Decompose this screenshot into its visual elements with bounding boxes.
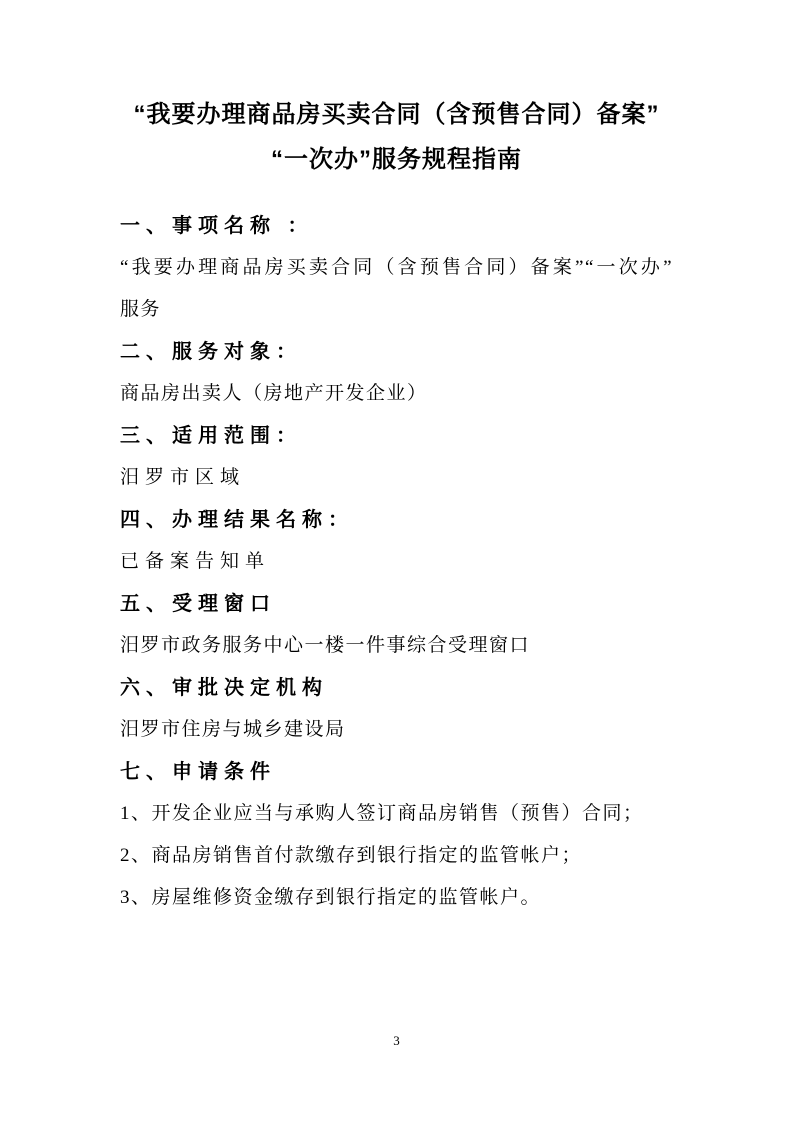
section-paragraph: 服务	[120, 289, 673, 331]
section-heading: 五、受理窗口	[120, 583, 673, 625]
section-heading: 六、审批决定机构	[120, 667, 673, 709]
document-body: 一、事项名称 ： “我要办理商品房买卖合同（含预售合同）备案”“一次办” 服务 …	[120, 205, 673, 919]
section-applicable-scope: 三、适用范围： 汨罗市区域	[120, 415, 673, 499]
document-title-line-1: “我要办理商品房买卖合同（含预售合同）备案”	[60, 92, 733, 137]
section-approval-authority: 六、审批决定机构 汨罗市住房与城乡建设局	[120, 667, 673, 751]
section-heading: 三、适用范围：	[120, 415, 673, 457]
document-page: “我要办理商品房买卖合同（含预售合同）备案” “一次办”服务规程指南 一、事项名…	[0, 0, 793, 1122]
document-title: “我要办理商品房买卖合同（含预售合同）备案” “一次办”服务规程指南	[0, 92, 793, 182]
section-item-name: 一、事项名称 ： “我要办理商品房买卖合同（含预售合同）备案”“一次办” 服务	[120, 205, 673, 331]
section-acceptance-window: 五、受理窗口 汨罗市政务服务中心一楼一件事综合受理窗口	[120, 583, 673, 667]
section-paragraph: 1、开发企业应当与承购人签订商品房销售（预售）合同；	[120, 793, 673, 835]
section-application-conditions: 七、申请条件 1、开发企业应当与承购人签订商品房销售（预售）合同； 2、商品房销…	[120, 751, 673, 919]
section-paragraph: 汨罗市区域	[120, 457, 673, 499]
section-heading: 四、办理结果名称：	[120, 499, 673, 541]
section-paragraph: 商品房出卖人（房地产开发企业）	[120, 373, 673, 415]
section-paragraph: 3、房屋维修资金缴存到银行指定的监管帐户。	[120, 877, 673, 919]
section-paragraph: 已备案告知单	[120, 541, 673, 583]
section-paragraph: 2、商品房销售首付款缴存到银行指定的监管帐户；	[120, 835, 673, 877]
section-heading: 二、服务对象：	[120, 331, 673, 373]
section-result-name: 四、办理结果名称： 已备案告知单	[120, 499, 673, 583]
document-title-line-2: “一次办”服务规程指南	[60, 137, 733, 182]
section-paragraph: 汨罗市住房与城乡建设局	[120, 709, 673, 751]
section-paragraph: “我要办理商品房买卖合同（含预售合同）备案”“一次办”	[120, 247, 673, 289]
page-number: 3	[0, 1033, 793, 1049]
section-service-target: 二、服务对象： 商品房出卖人（房地产开发企业）	[120, 331, 673, 415]
section-paragraph: 汨罗市政务服务中心一楼一件事综合受理窗口	[120, 625, 673, 667]
section-heading: 七、申请条件	[120, 751, 673, 793]
section-heading: 一、事项名称 ：	[120, 205, 673, 247]
